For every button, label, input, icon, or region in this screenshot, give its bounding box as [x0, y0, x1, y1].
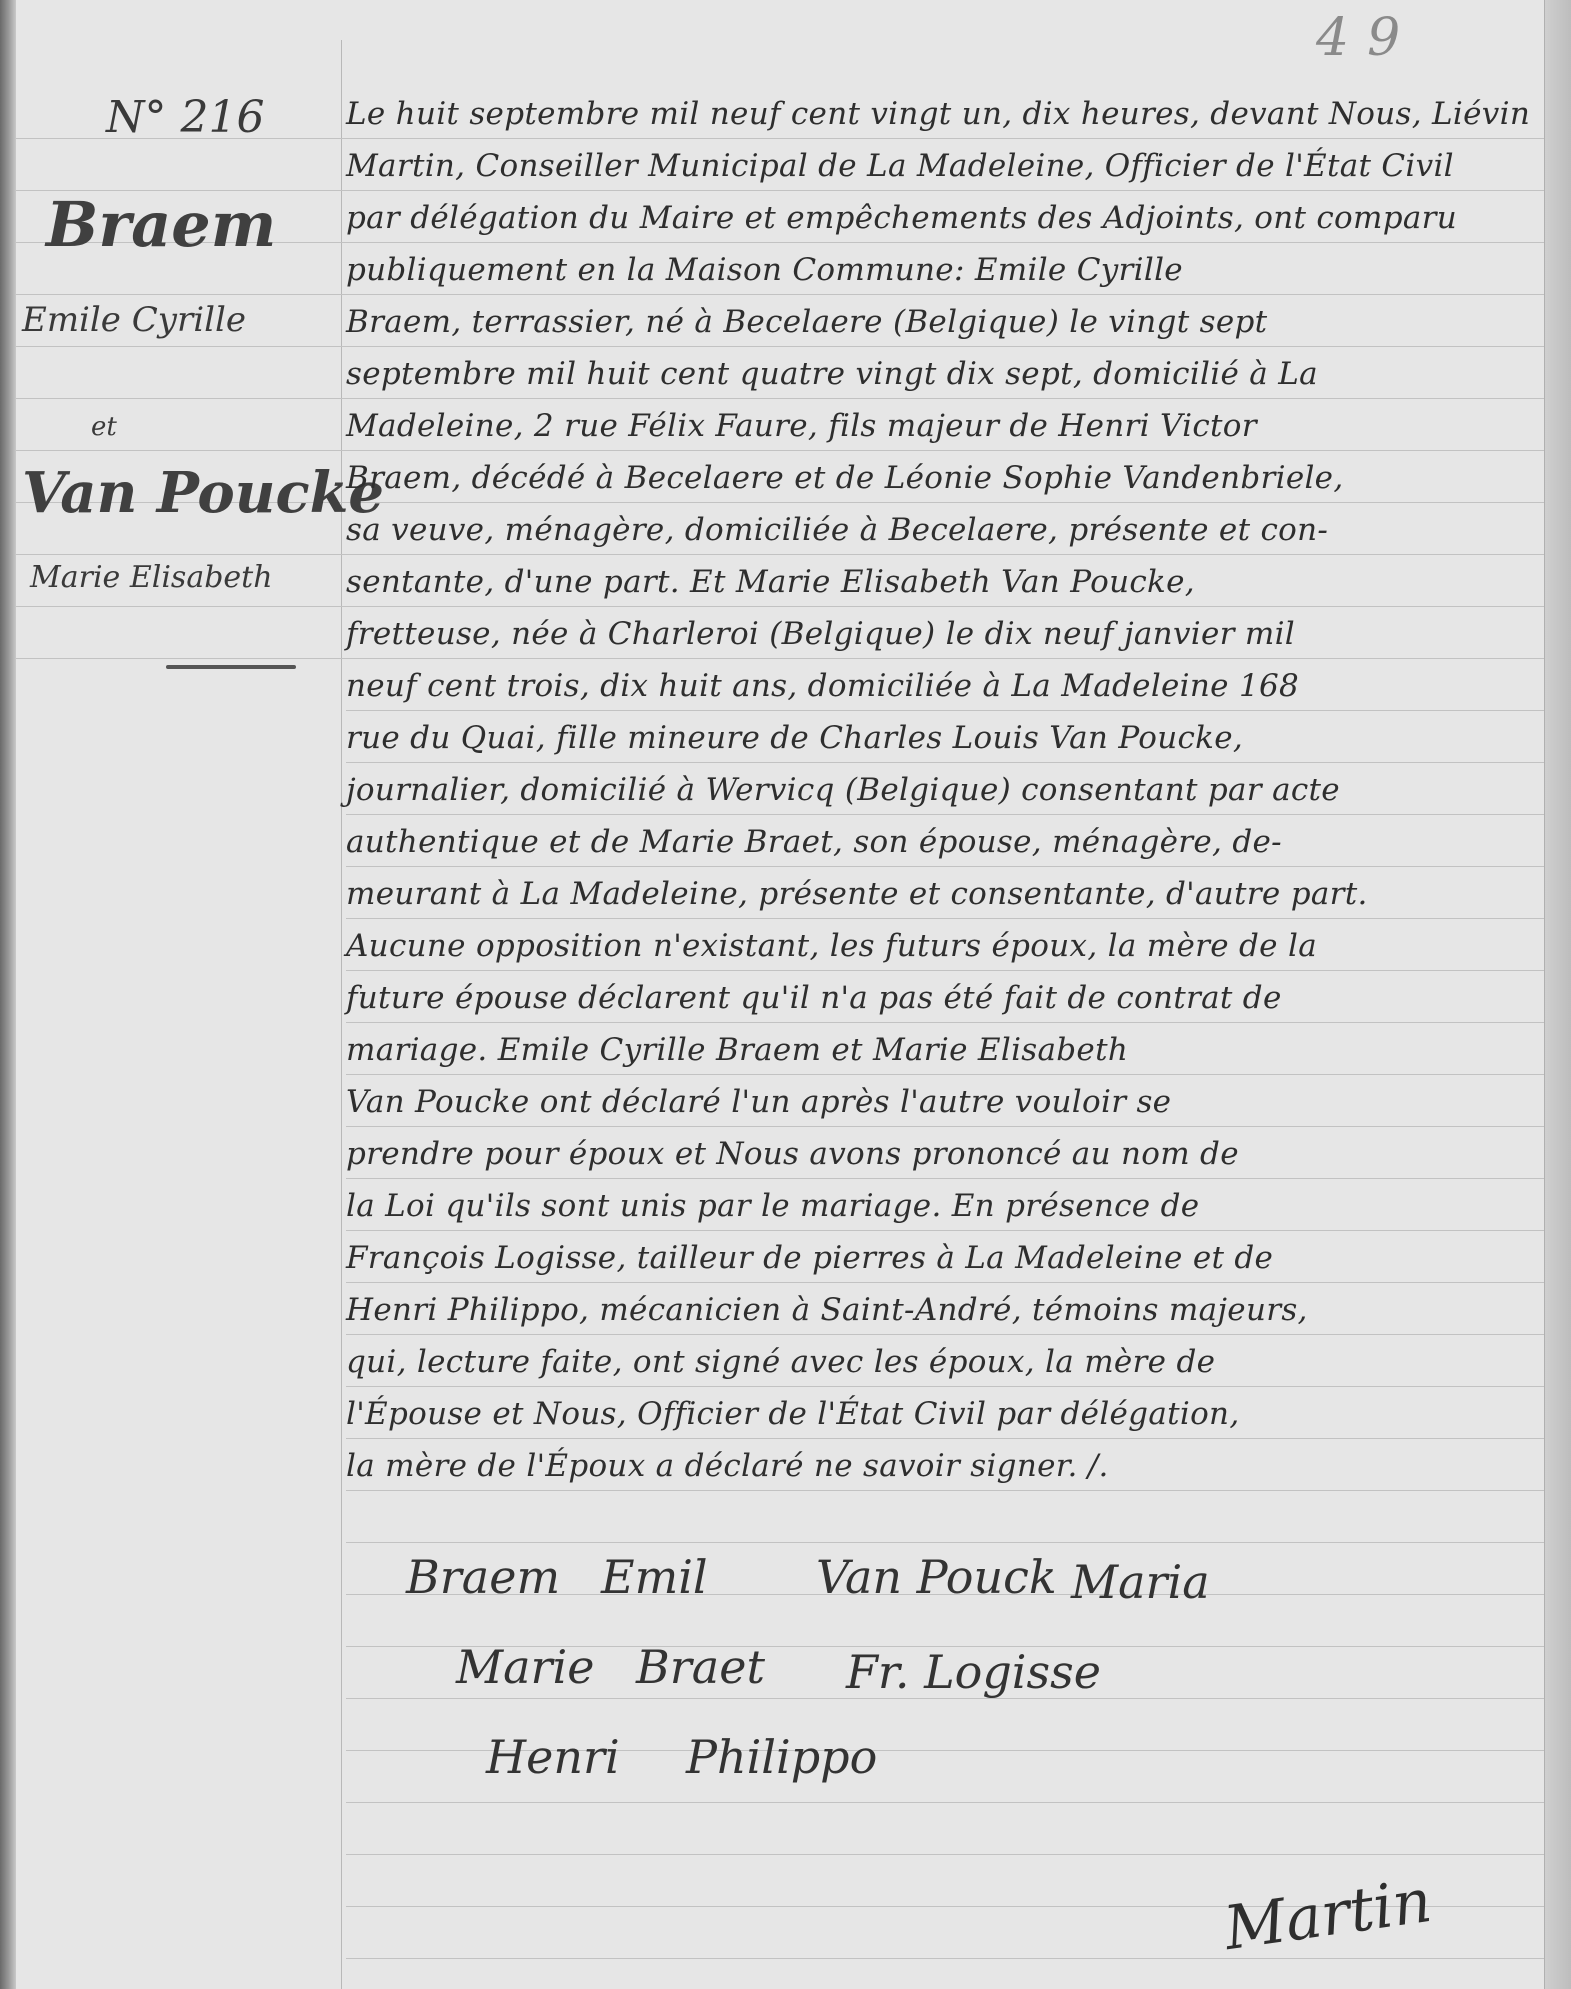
- ruled-line: [16, 450, 1545, 451]
- body-line: Le huit septembre mil neuf cent vingt un…: [346, 96, 1530, 132]
- signature-officer: Martin: [1220, 1866, 1436, 1964]
- signature-groom-given: Emil: [601, 1550, 708, 1604]
- page-edge: [1544, 0, 1571, 1989]
- body-line: Aucune opposition n'existant, les futurs…: [346, 928, 1317, 964]
- ruled-line: [346, 866, 1545, 867]
- ruled-line: [346, 1802, 1545, 1803]
- ruled-line: [346, 1490, 1545, 1491]
- body-line: meurant à La Madeleine, présente et cons…: [346, 876, 1368, 912]
- margin-end-rule: [166, 665, 296, 669]
- ruled-line: [346, 1022, 1545, 1023]
- ruled-line: [346, 1542, 1545, 1543]
- ruled-line: [16, 658, 1545, 659]
- ruled-line: [346, 1178, 1545, 1179]
- signature-groom-surname: Braem: [406, 1550, 560, 1604]
- ruled-line: [346, 814, 1545, 815]
- body-line: fretteuse, née à Charleroi (Belgique) le…: [346, 616, 1295, 652]
- body-line: Henri Philippo, mécanicien à Saint-André…: [346, 1292, 1308, 1328]
- body-line: rue du Quai, fille mineure de Charles Lo…: [346, 720, 1243, 756]
- body-line: Braem, terrassier, né à Becelaere (Belgi…: [346, 304, 1267, 340]
- body-line: septembre mil huit cent quatre vingt dix…: [346, 356, 1318, 392]
- signature-bride-surname: Van Pouck: [816, 1550, 1057, 1604]
- ruled-line: [346, 918, 1545, 919]
- book-spine: [0, 0, 16, 1989]
- folio-number: 49: [1316, 8, 1418, 68]
- ruled-line: [346, 1958, 1545, 1959]
- ruled-line: [16, 606, 1545, 607]
- groom-surname: Braem: [46, 188, 276, 261]
- signature-witness-surname: Philippo: [686, 1730, 877, 1784]
- register-page: 49 N° 216 Braem Emile Cyrille et Van Pou…: [16, 0, 1545, 1989]
- ruled-line: [346, 1438, 1545, 1439]
- ruled-line: [346, 762, 1545, 763]
- conjunction: et: [91, 412, 117, 442]
- ruled-line: [346, 970, 1545, 971]
- margin-rule: [341, 40, 342, 1989]
- ruled-line: [346, 1334, 1545, 1335]
- ruled-line: [346, 1386, 1545, 1387]
- act-number: N° 216: [106, 92, 264, 143]
- signature-bride-given: Maria: [1071, 1555, 1210, 1609]
- body-line: neuf cent trois, dix huit ans, domicilié…: [346, 668, 1299, 704]
- ruled-line: [346, 1230, 1545, 1231]
- ruled-line: [346, 710, 1545, 711]
- ruled-line: [16, 554, 1545, 555]
- ruled-line: [16, 294, 1545, 295]
- body-line: Van Poucke ont déclaré l'un après l'autr…: [346, 1084, 1171, 1120]
- body-line: Martin, Conseiller Municipal de La Madel…: [346, 148, 1454, 184]
- bride-given-names: Marie Elisabeth: [30, 560, 273, 595]
- groom-given-names: Emile Cyrille: [22, 300, 246, 340]
- ruled-line: [16, 398, 1545, 399]
- body-line: journalier, domicilié à Wervicq (Belgiqu…: [346, 772, 1340, 808]
- ruled-line: [346, 1074, 1545, 1075]
- body-line: la mère de l'Époux a déclaré ne savoir s…: [346, 1448, 1109, 1484]
- body-line: l'Épouse et Nous, Officier de l'État Civ…: [346, 1396, 1239, 1432]
- bride-surname: Van Poucke: [22, 460, 384, 526]
- body-line: sentante, d'une part. Et Marie Elisabeth…: [346, 564, 1195, 600]
- body-line: publiquement en la Maison Commune: Emile…: [346, 252, 1183, 288]
- body-line: François Logisse, tailleur de pierres à …: [346, 1240, 1273, 1276]
- body-line: prendre pour époux et Nous avons prononc…: [346, 1136, 1239, 1172]
- body-line: Braem, décédé à Becelaere et de Léonie S…: [346, 460, 1343, 496]
- signature-bride-mother-surname: Braet: [636, 1640, 765, 1694]
- body-line: future épouse déclarent qu'il n'a pas ét…: [346, 980, 1282, 1016]
- signature-bride-mother-given: Marie: [456, 1640, 594, 1694]
- body-line: la Loi qu'ils sont unis par le mariage. …: [346, 1188, 1199, 1224]
- body-line: mariage. Emile Cyrille Braem et Marie El…: [346, 1032, 1128, 1068]
- ruled-line: [346, 1854, 1545, 1855]
- signature-witness-logisse: Fr. Logisse: [846, 1645, 1101, 1699]
- ruled-line: [346, 1126, 1545, 1127]
- signature-witness-given: Henri: [486, 1730, 620, 1784]
- body-line: par délégation du Maire et empêchements …: [346, 200, 1457, 236]
- body-line: Madeleine, 2 rue Félix Faure, fils majeu…: [346, 408, 1257, 444]
- body-line: authentique et de Marie Braet, son épous…: [346, 824, 1282, 860]
- ruled-line: [16, 346, 1545, 347]
- body-line: qui, lecture faite, ont signé avec les é…: [346, 1344, 1215, 1380]
- ruled-line: [346, 1282, 1545, 1283]
- body-line: sa veuve, ménagère, domiciliée à Becelae…: [346, 512, 1328, 548]
